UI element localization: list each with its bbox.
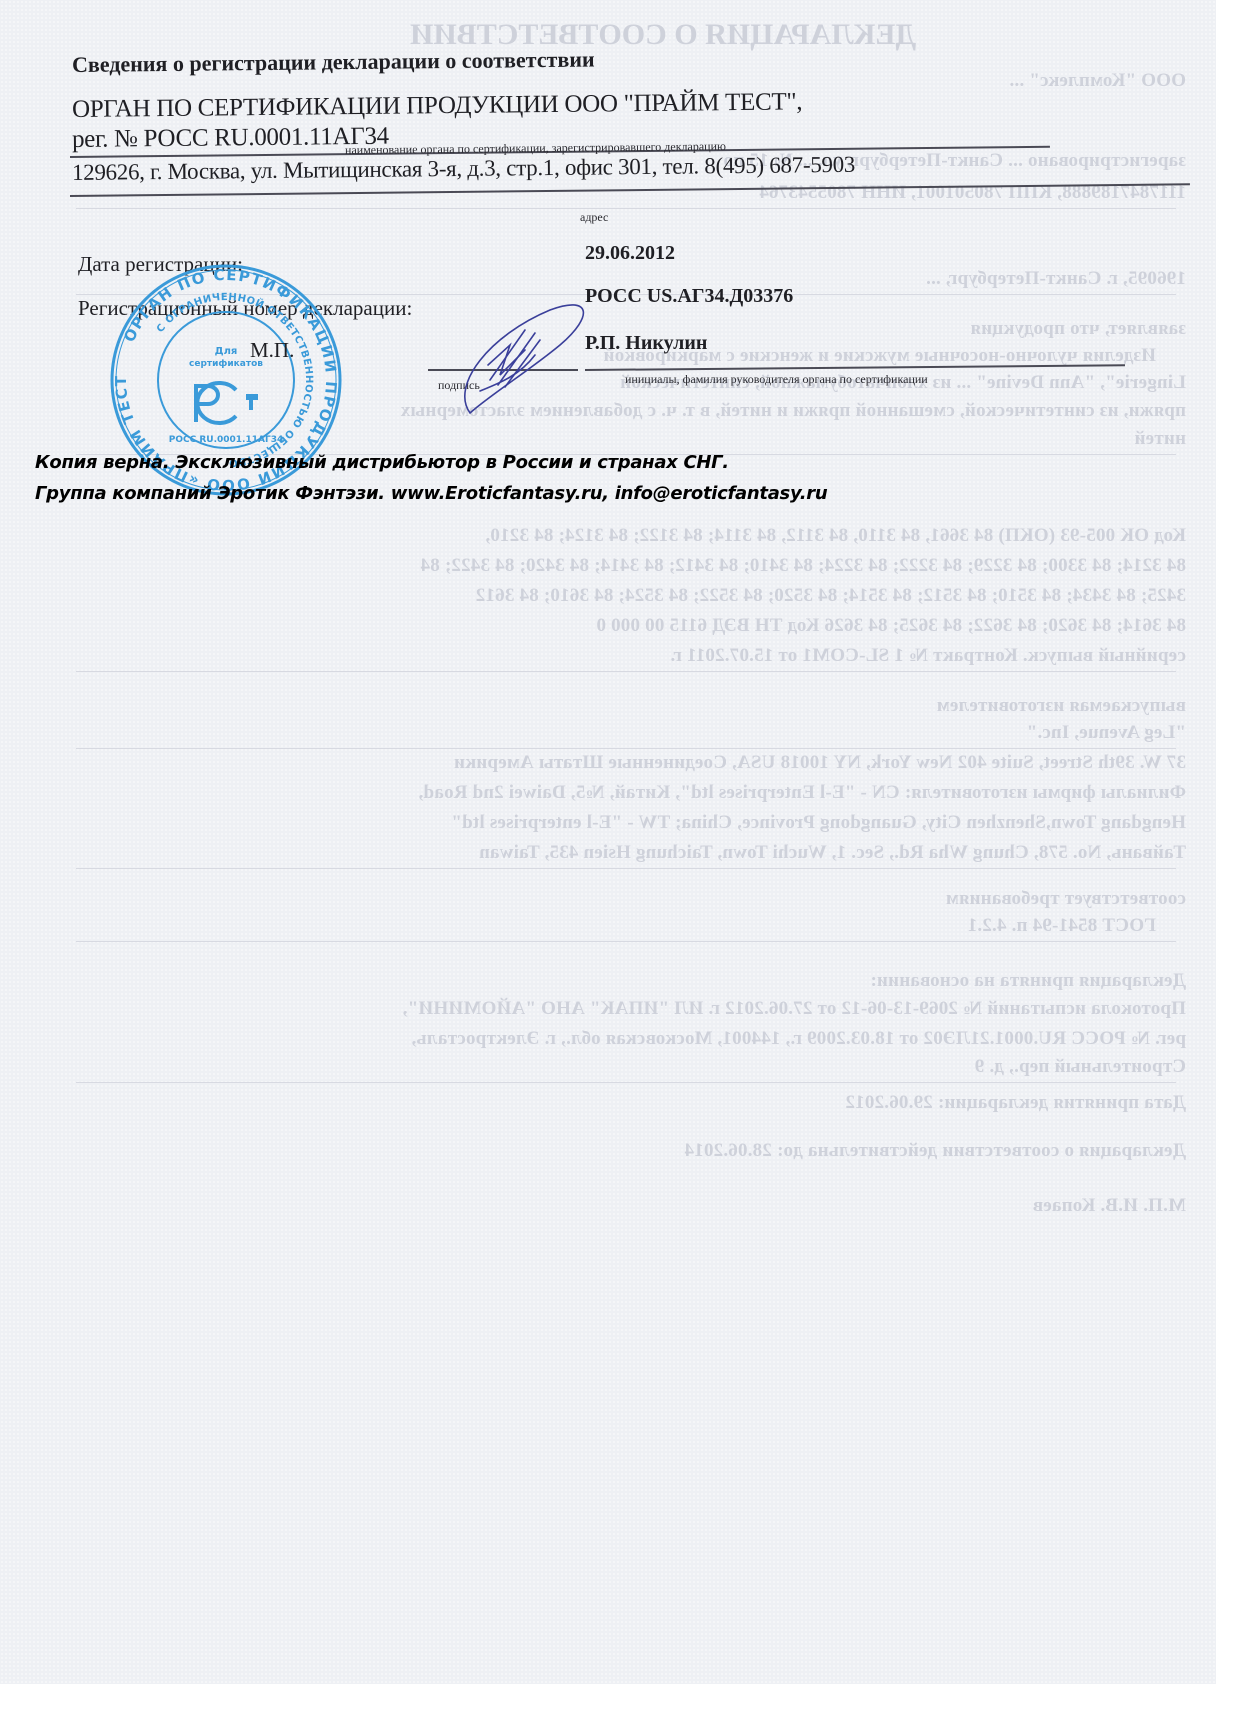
ghost-line: нитей <box>1134 428 1186 450</box>
ghost-line: Декларация о соответствии действительна … <box>684 1140 1186 1162</box>
registration-number-value: РОСС US.АГ34.Д03376 <box>585 285 793 308</box>
signature-icon <box>430 295 610 425</box>
ghost-line: 84 3614; 84 3620; 84 3622; 84 3625; 84 3… <box>596 615 1186 637</box>
ghost-line: Филиалы фирмы изготовителя: CN - "E-l En… <box>418 782 1186 804</box>
ghost-line: Строительный пер., д. 9 <box>975 1056 1186 1078</box>
address-caption: адрес <box>580 210 608 225</box>
document-page: ДЕКЛАРАЦИЯ О СООТВЕТСТВИИООО "Комплекс" … <box>0 0 1216 1684</box>
certification-organ-reg-number: рег. № РОСС RU.0001.11АГ34 <box>72 123 389 154</box>
ghost-line: заявляет, что продукция <box>970 318 1186 340</box>
ghost-line: Протокола испытаний № 2069-13-06-12 от 2… <box>403 998 1186 1020</box>
ghost-line: 3425; 84 3434; 84 3510; 84 3512; 84 3514… <box>476 585 1186 607</box>
ghost-line: 37 W. 39th Street, Suite 402 New York, N… <box>454 752 1186 774</box>
ghost-line: Тайвань, No. 578, Chung Wha Rd., Sec. 1,… <box>479 842 1186 864</box>
svg-text:РОСС RU.0001.11АГ34: РОСС RU.0001.11АГ34 <box>169 435 283 445</box>
distributor-contact-note: Группа компаний Эротик Фэнтэзи. www.Erot… <box>35 483 827 504</box>
ghost-line: рег. № РОСС RU.0001.21ЛЭ02 от 18.03.2009… <box>411 1028 1186 1050</box>
ghost-line: Код ОК 005-93 (ОКП) 84 3661, 84 3110, 84… <box>485 525 1186 547</box>
ghost-line: ГОСТ 8541-94 п. 4.2.1 <box>968 915 1157 937</box>
registration-date-value: 29.06.2012 <box>585 242 675 265</box>
head-name-caption: инициалы, фамилия руководителя органа по… <box>625 372 928 387</box>
ghost-line: ООО "Комплекс" ... <box>1009 70 1186 92</box>
ghost-line: Декларация принята на основании: <box>870 970 1186 992</box>
ghost-line: соответствует требованиям <box>946 888 1186 910</box>
ghost-line: 196095, г. Санкт-Петербург, ... <box>926 268 1186 290</box>
ghost-line: М.П. И.В. Копаев <box>1033 1195 1186 1217</box>
stamp-place-label: М.П. <box>250 338 294 363</box>
ghost-line: серийный выпуск. Контракт № 1 SL-COM1 от… <box>670 645 1186 667</box>
document-heading: Сведения о регистрации декларации о соот… <box>72 47 595 78</box>
svg-text:Для: Для <box>215 346 238 357</box>
ghost-line: выпускаемая изготовителем <box>937 695 1186 717</box>
ghost-line: Hengdang Town,Shenzhen City, Guangdong P… <box>451 812 1186 834</box>
ghost-line: 84 3214; 84 3300; 84 3229; 84 3222; 84 3… <box>420 555 1186 577</box>
copy-certified-note: Копия верна. Эксклюзивный дистрибьютор в… <box>35 452 729 473</box>
ghost-line: Дата принятия декларации: 29.06.2012 <box>845 1092 1186 1114</box>
ghost-line: "Leg Avenue, Inc." <box>1027 722 1186 744</box>
